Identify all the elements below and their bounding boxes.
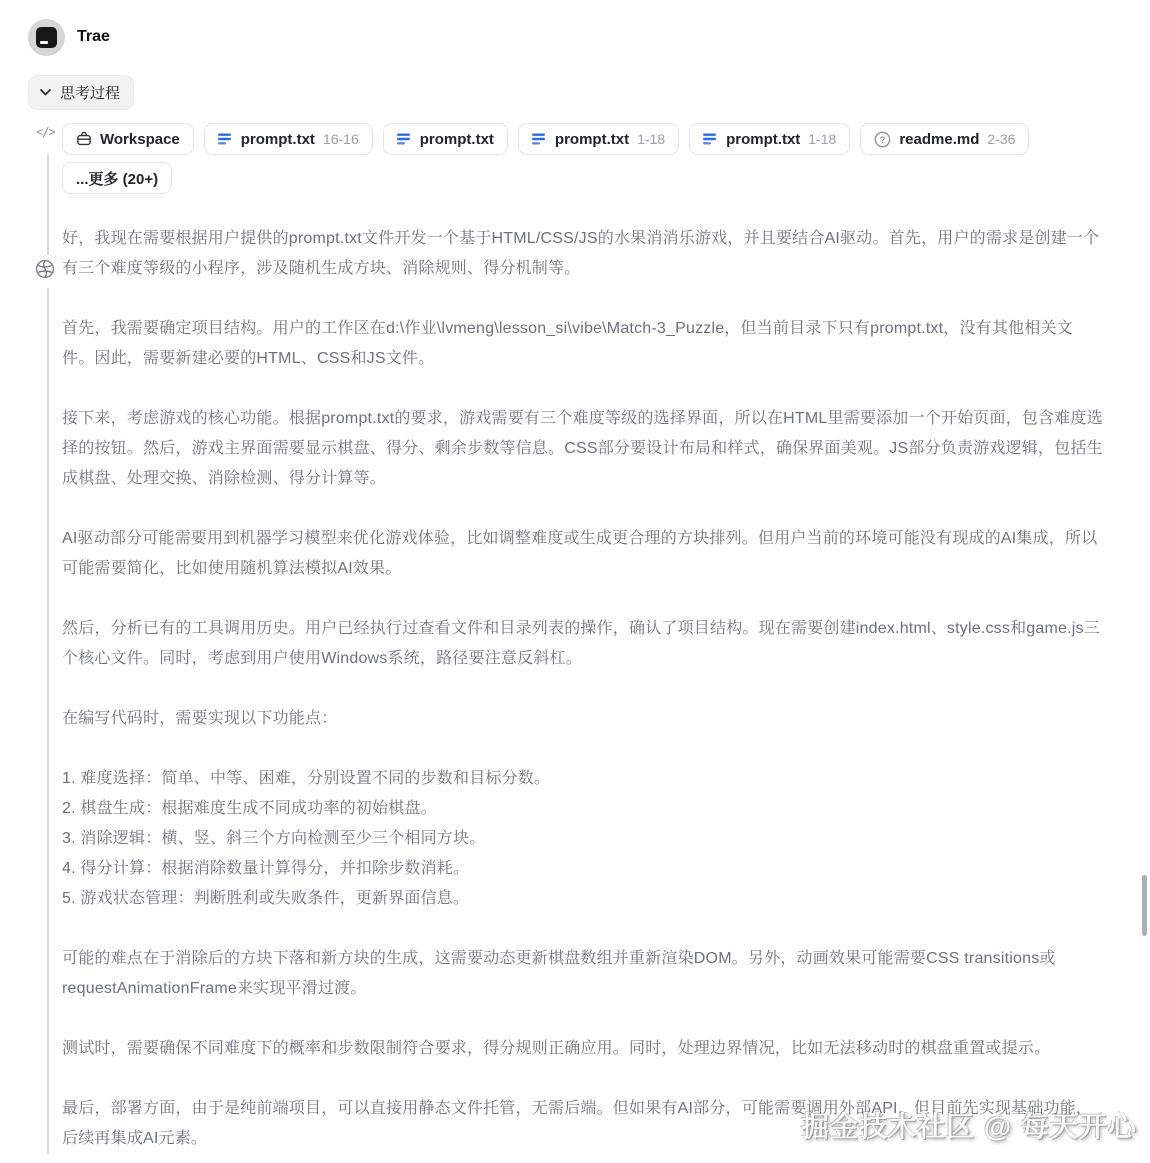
thinking-paragraph: 最后，部署方面，由于是纯前端项目，可以直接用静态文件托管，无需后端。但如果有AI… (62, 1094, 1104, 1154)
svg-text:?: ? (880, 135, 886, 146)
context-file-chip[interactable]: ? Workspace (62, 123, 194, 155)
chip-file-name: prompt.txt (555, 131, 629, 148)
brain-thinking-icon (34, 255, 56, 288)
trae-avatar (28, 19, 65, 56)
code-context-icon: </> (36, 125, 55, 139)
selection-lines-icon (397, 132, 412, 146)
thinking-paragraph: 好，我现在需要根据用户提供的prompt.txt文件开发一个基于HTML/CSS… (62, 224, 1104, 284)
file-question-icon: ? (874, 131, 891, 148)
context-chips-row: ? Workspace (62, 123, 1104, 194)
thinking-paragraph: 接下来，考虑游戏的核心功能。根据prompt.txt的要求，游戏需要有三个难度等… (62, 404, 1104, 494)
context-file-chip[interactable]: ? prompt.txt (383, 123, 508, 155)
selection-lines-icon (703, 132, 718, 146)
trae-logo-icon (36, 27, 57, 48)
chip-line-range: 2-36 (987, 131, 1015, 147)
more-context-chip[interactable]: ...更多 (20+) (62, 162, 172, 194)
thinking-paragraph: 1. 难度选择：简单、中等、困难，分别设置不同的步数和目标分数。 2. 棋盘生成… (62, 764, 1104, 914)
thinking-process-toggle[interactable]: 思考过程 (28, 75, 134, 110)
thinking-paragraph: 然后，分析已有的工具调用历史。用户已经执行过查看文件和目录列表的操作，确认了项目… (62, 614, 1104, 674)
thinking-text: 好，我现在需要根据用户提供的prompt.txt文件开发一个基于HTML/CSS… (62, 224, 1104, 1154)
workspace-briefcase-icon (76, 131, 92, 147)
context-file-chip[interactable]: ? prompt.txt 1-18 (518, 123, 679, 155)
thinking-paragraph: 测试时，需要确保不同难度下的概率和步数限制符合要求，得分规则正确应用。同时，处理… (62, 1034, 1104, 1064)
context-file-chip[interactable]: ? prompt.txt 1-18 (689, 123, 850, 155)
thinking-toggle-label: 思考过程 (60, 82, 120, 103)
chip-file-name: prompt.txt (726, 131, 800, 148)
context-file-chip[interactable]: ? prompt.txt 16-16 (204, 123, 373, 155)
thinking-content-row: 好，我现在需要根据用户提供的prompt.txt文件开发一个基于HTML/CSS… (62, 224, 1104, 1154)
chip-file-name: readme.md (899, 131, 979, 148)
chip-file-name: Workspace (100, 131, 180, 148)
chevron-down-icon (40, 89, 51, 96)
thinking-paragraph: 在编写代码时，需要实现以下功能点： (62, 704, 1104, 734)
message-header: Trae (28, 18, 1150, 56)
thinking-paragraph: 可能的难点在于消除后的方块下落和新方块的生成，这需要动态更新棋盘数组并重新渲染D… (62, 944, 1104, 1004)
selection-lines-icon (218, 132, 233, 146)
thinking-paragraph: 首先，我需要确定项目结构。用户的工作区在d:\作业\lvmeng\lesson_… (62, 314, 1104, 374)
thinking-paragraph: AI驱动部分可能需要用到机器学习模型来优化游戏体验，比如调整难度或生成更合理的方… (62, 524, 1104, 584)
assistant-name: Trae (77, 28, 110, 46)
chip-file-name: prompt.txt (241, 131, 315, 148)
chip-line-range: 16-16 (323, 131, 359, 147)
vertical-scrollbar-thumb[interactable] (1142, 875, 1147, 936)
chip-file-name: prompt.txt (420, 131, 494, 148)
timeline-line (47, 155, 49, 1154)
context-file-chip[interactable]: ? readme.md 2-36 (860, 123, 1029, 155)
chip-line-range: 1-18 (637, 131, 665, 147)
response-timeline: </> (28, 123, 1150, 1154)
chip-line-range: 1-18 (808, 131, 836, 147)
selection-lines-icon (532, 132, 547, 146)
